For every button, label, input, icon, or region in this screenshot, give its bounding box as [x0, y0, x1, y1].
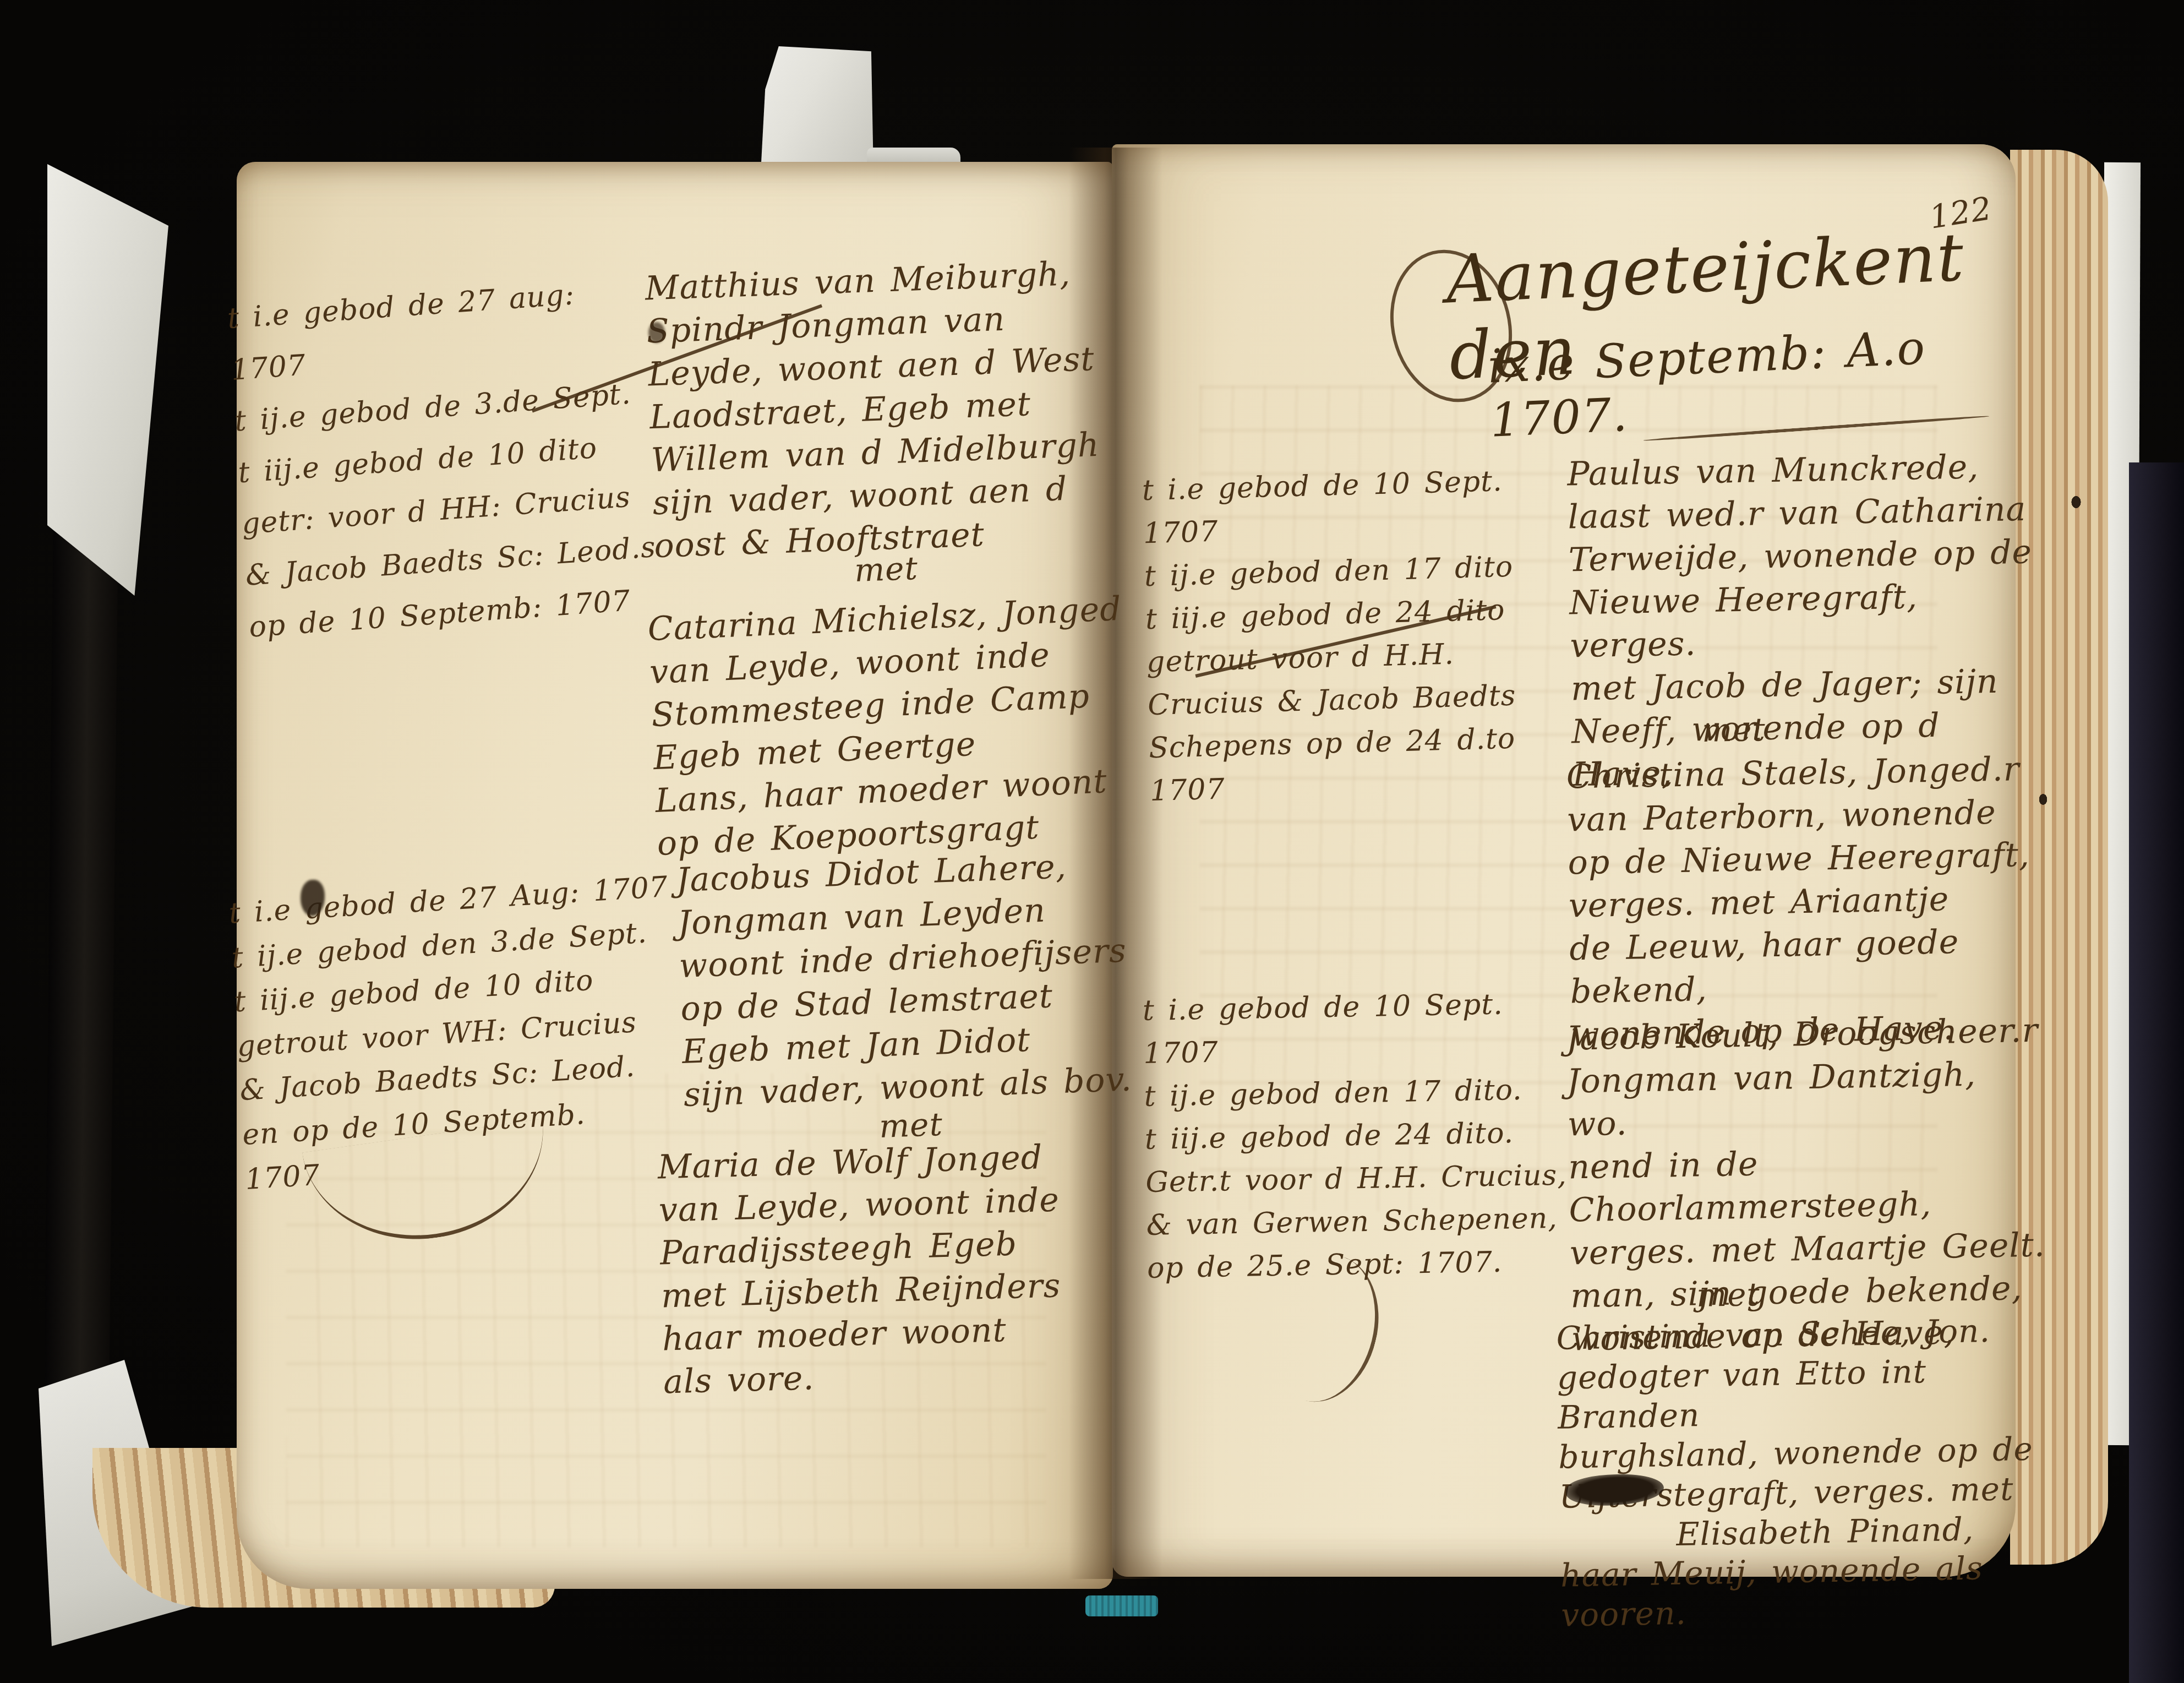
left-entry-groom-1: Matthius van Meiburgh, Spindr Jongman va… — [645, 250, 1139, 568]
right-entry-bride-2: Christina van Schee, Jon. gedogter van E… — [1556, 1310, 2046, 1636]
right-entry-separator-1: met — [1541, 708, 1926, 752]
right-margin-banns-note-2: t i.e gebod de 10 Sept. 1707 t ij.e gebo… — [1142, 982, 1587, 1290]
left-entry-groom-2: Jacobus Didot Lahere, Jongman van Leyden… — [675, 842, 1157, 1116]
left-entry-bride-1: Catarina Michielsz, Jonged van Leyde, wo… — [647, 587, 1142, 865]
ink-spot — [648, 322, 665, 343]
right-entry-separator-2: met — [1535, 1273, 1921, 1317]
bookmark-tab — [761, 46, 873, 173]
photo-background: Aangeteijckent den ix.e Septemb: A.o 170… — [0, 0, 2184, 1683]
teal-headband-textile — [1085, 1595, 1158, 1616]
left-entry-bride-2: Maria de Wolf Jonged van Leyde, woont in… — [657, 1134, 1148, 1404]
page-stack-fore-edge-left — [76, 161, 244, 1587]
right-margin-banns-note-1: t i.e gebod de 10 Sept. 1707 t ij.e gebo… — [1142, 458, 1580, 813]
left-margin-banns-note-1: t i.e gebod de 27 aug: 1707 t ij.e gebod… — [226, 263, 685, 653]
book-cover-board-right — [2129, 462, 2184, 1683]
